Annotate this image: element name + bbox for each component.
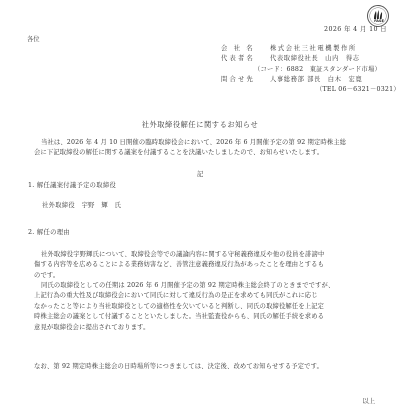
intro-line: 会に下記取締役の解任に関する議案を付議することを決議いたしましたので、お知らせい… — [34, 148, 374, 158]
reason-line: 同氏の取締役としての任期は 2026 年 6 月開催予定の第 92 期定時株主総… — [34, 281, 374, 291]
reason-paragraph-2: 同氏の取締役としての任期は 2026 年 6 月開催予定の第 92 期定時株主総… — [34, 281, 374, 333]
intro-paragraph: 当社は、2026 年 4 月 10 日開催の臨時取締役会において、2026 年 … — [34, 138, 374, 159]
recipient: 各位 — [27, 37, 40, 43]
reason-line: 社外取締役宇野輝氏について、取締役会等での議論内容に関する守秘義務違反や他の役員… — [34, 250, 374, 260]
reason-paragraph-1: 社外取締役宇野輝氏について、取締役会等での議論内容に関する守秘義務違反や他の役員… — [34, 250, 374, 281]
section1-heading: 1. 解任議案付議予定の取締役 — [28, 183, 116, 189]
contact-label: 問合せ先 — [221, 77, 270, 87]
reason-line: 時株主総会の議案として付議することといたしました。当社監査役からも、同氏の解任手… — [34, 312, 374, 322]
phone-number: （TEL 06－6321－0321） — [221, 87, 400, 97]
company-info: 会 社 名 株式会社三社電機製作所 代表者名 代表取締役社長 山内 得志 （コー… — [221, 46, 396, 97]
reason-line: なかったこと等により当社取締役としての適格性を欠いていると判断し、同氏の取締役解… — [34, 302, 374, 312]
closing-mark: 以上 — [362, 399, 375, 405]
reason-line: 意見が取締役会に提出されております。 — [34, 323, 374, 333]
ki-marker: 記 — [197, 172, 203, 178]
reason-line: 傷する内容等を広めることによる業務妨害など、善管注意義務違反行為があったことを理… — [34, 260, 374, 270]
company-logo: FASE — [367, 5, 389, 27]
section2-heading: 2. 解任の理由 — [28, 230, 70, 236]
reason-line: 上記行為の重大性及び取締役会において同氏に対して違反行為の是正を求めても同氏がこ… — [34, 291, 374, 301]
meeting-note: なお、第 92 期定時株主総会の日時場所等につきましては、決定後、改めてお知らせ… — [34, 364, 323, 370]
document-date: 2026 年 4 月 10 日 — [324, 27, 387, 33]
logo-text: FASE — [371, 20, 387, 24]
document-title: 社外取締役解任に関するお知らせ — [0, 121, 400, 128]
intro-line: 当社は、2026 年 4 月 10 日開催の臨時取締役会において、2026 年 … — [34, 138, 374, 148]
phone-row: （TEL 06－6321－0321） — [221, 87, 396, 97]
reason-line: のです。 — [34, 271, 374, 281]
section1-director: 社外取締役 宇野 輝 氏 — [42, 203, 121, 209]
